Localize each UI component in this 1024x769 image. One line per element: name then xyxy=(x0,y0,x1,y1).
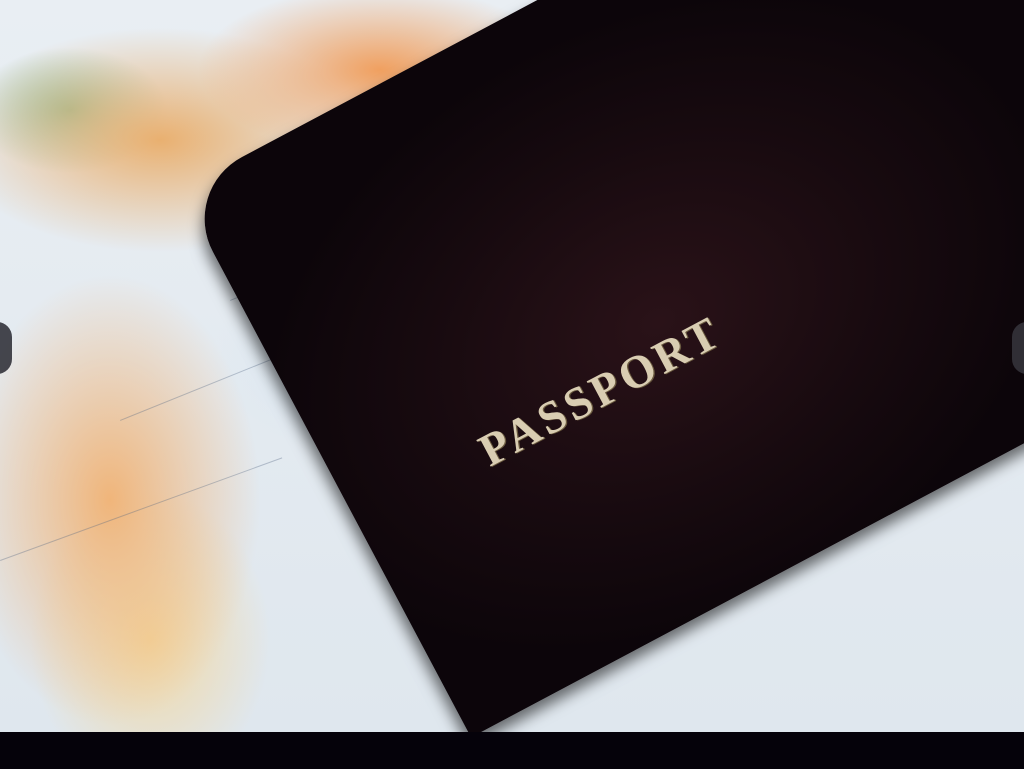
next-image-button[interactable] xyxy=(1012,322,1024,374)
map-gridline xyxy=(0,457,282,561)
bottom-bar xyxy=(0,732,1024,769)
photo: PASSPORT xyxy=(0,0,1024,732)
